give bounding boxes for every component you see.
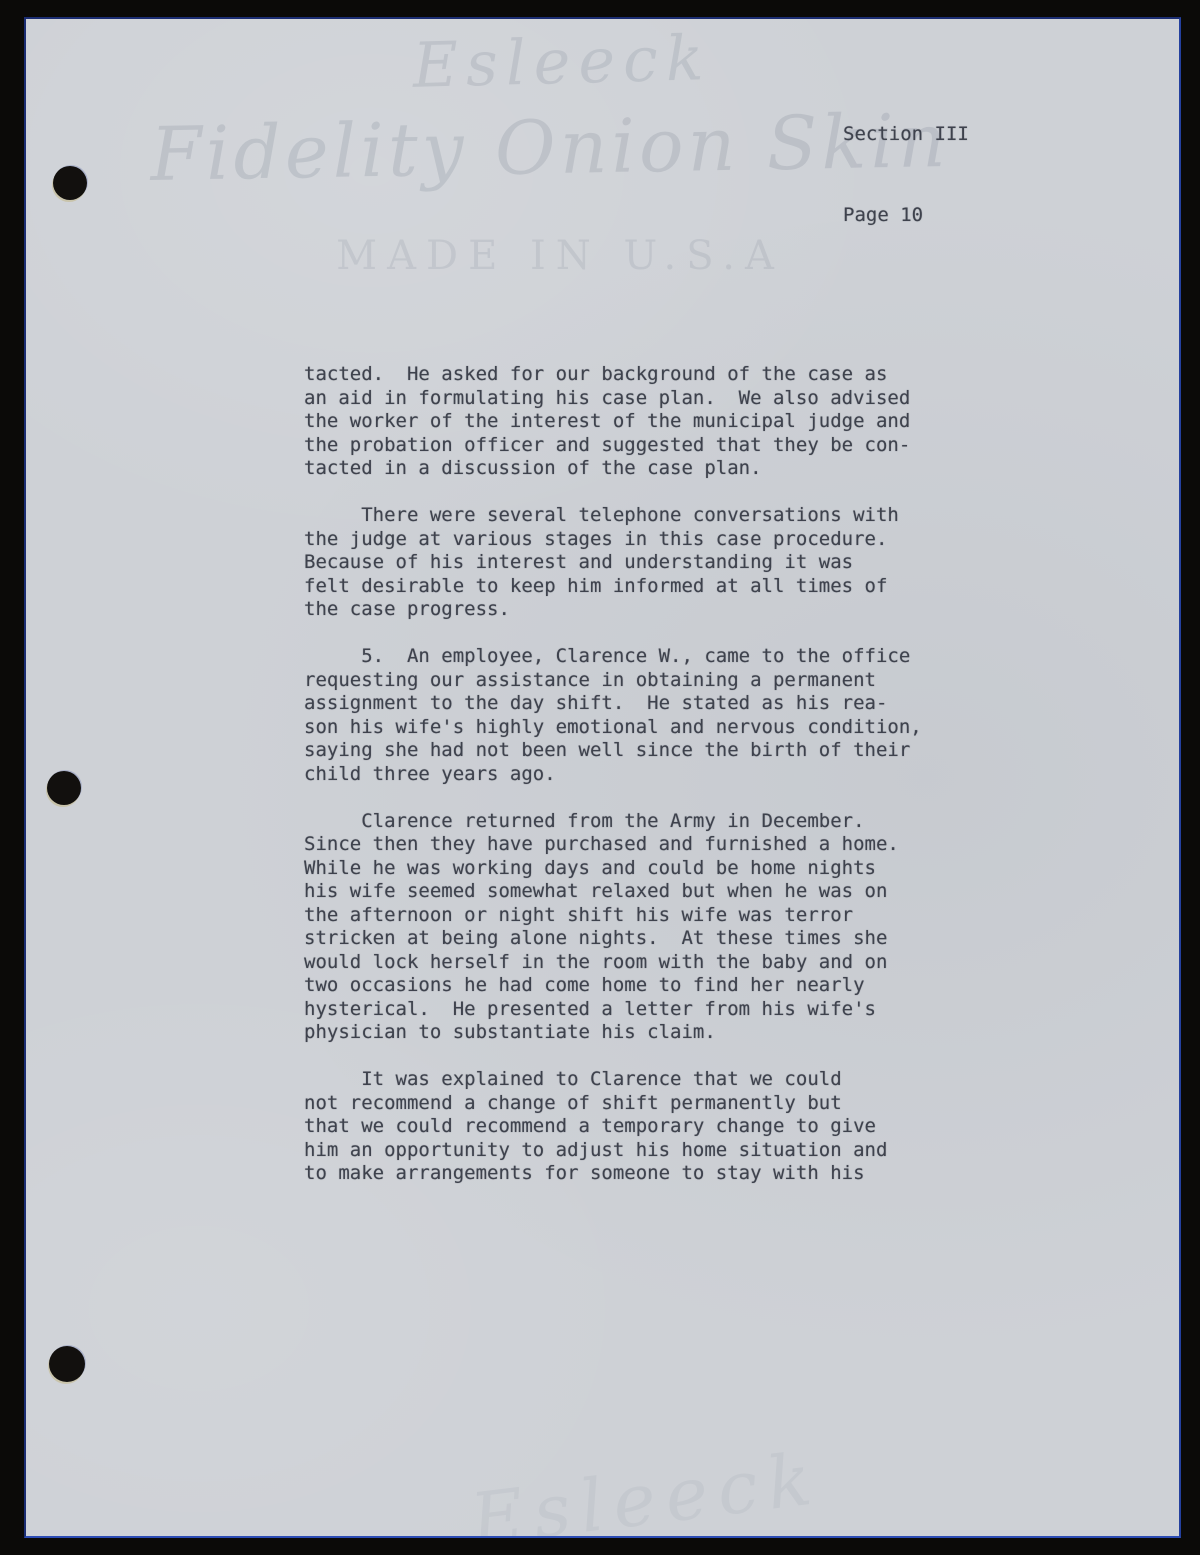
text-line: that we could recommend a temporary chan…: [304, 1115, 944, 1139]
text-line: him an opportunity to adjust his home si…: [304, 1139, 944, 1163]
text-line: physician to substantiate his claim.: [304, 1021, 944, 1045]
text-line: tacted in a discussion of the case plan.: [304, 457, 944, 481]
text-line: two occasions he had come home to find h…: [304, 974, 944, 998]
paragraph: tacted. He asked for our background of t…: [304, 363, 944, 481]
text-line: the worker of the interest of the munici…: [304, 410, 944, 434]
text-line: hysterical. He presented a letter from h…: [304, 998, 944, 1022]
text-line: an aid in formulating his case plan. We …: [304, 387, 944, 411]
paragraph: It was explained to Clarence that we cou…: [304, 1068, 944, 1186]
watermark-brand-script: Esleeck: [412, 21, 712, 102]
paragraph: There were several telephone conversatio…: [304, 504, 944, 622]
text-line: 5. An employee, Clarence W., came to the…: [304, 645, 944, 669]
paper-sheet: Esleeck Fidelity Onion Skin MADE IN U.S.…: [24, 17, 1181, 1538]
punch-hole-middle: [47, 771, 81, 805]
text-line: Clarence returned from the Army in Decem…: [304, 810, 944, 834]
text-line: the probation officer and suggested that…: [304, 434, 944, 458]
body-text: tacted. He asked for our background of t…: [304, 363, 944, 1186]
text-line: not recommend a change of shift permanen…: [304, 1092, 944, 1116]
watermark-bottom-partial: Esleeck: [466, 1436, 825, 1538]
text-line: child three years ago.: [304, 763, 944, 787]
header-section-label: Section III: [843, 121, 969, 148]
text-line: would lock herself in the room with the …: [304, 951, 944, 975]
text-line: There were several telephone conversatio…: [304, 504, 944, 528]
text-line: Since then they have purchased and furni…: [304, 833, 944, 857]
text-line: tacted. He asked for our background of t…: [304, 363, 944, 387]
text-line: While he was working days and could be h…: [304, 857, 944, 881]
text-line: the afternoon or night shift his wife wa…: [304, 904, 944, 928]
text-line: his wife seemed somewhat relaxed but whe…: [304, 880, 944, 904]
paragraph: 5. An employee, Clarence W., came to the…: [304, 645, 944, 786]
text-line: requesting our assistance in obtaining a…: [304, 669, 944, 693]
text-line: assignment to the day shift. He stated a…: [304, 692, 944, 716]
punch-hole-top: [53, 166, 87, 200]
page-header: Section III Page 10: [843, 67, 969, 283]
text-line: felt desirable to keep him informed at a…: [304, 575, 944, 599]
watermark-product-script: Fidelity Onion Skin: [150, 98, 951, 198]
header-page-number: Page 10: [843, 202, 969, 229]
punch-hole-bottom: [49, 1346, 85, 1382]
paragraph: Clarence returned from the Army in Decem…: [304, 810, 944, 1045]
text-line: Because of his interest and understandin…: [304, 551, 944, 575]
text-line: son his wife's highly emotional and nerv…: [304, 716, 944, 740]
text-line: to make arrangements for someone to stay…: [304, 1162, 944, 1186]
text-line: It was explained to Clarence that we cou…: [304, 1068, 944, 1092]
text-line: saying she had not been well since the b…: [304, 739, 944, 763]
text-line: the case progress.: [304, 598, 944, 622]
watermark-origin-caps: MADE IN U.S.A: [336, 233, 784, 279]
text-line: stricken at being alone nights. At these…: [304, 927, 944, 951]
scanner-background: Esleeck Fidelity Onion Skin MADE IN U.S.…: [0, 0, 1200, 1555]
text-line: the judge at various stages in this case…: [304, 528, 944, 552]
